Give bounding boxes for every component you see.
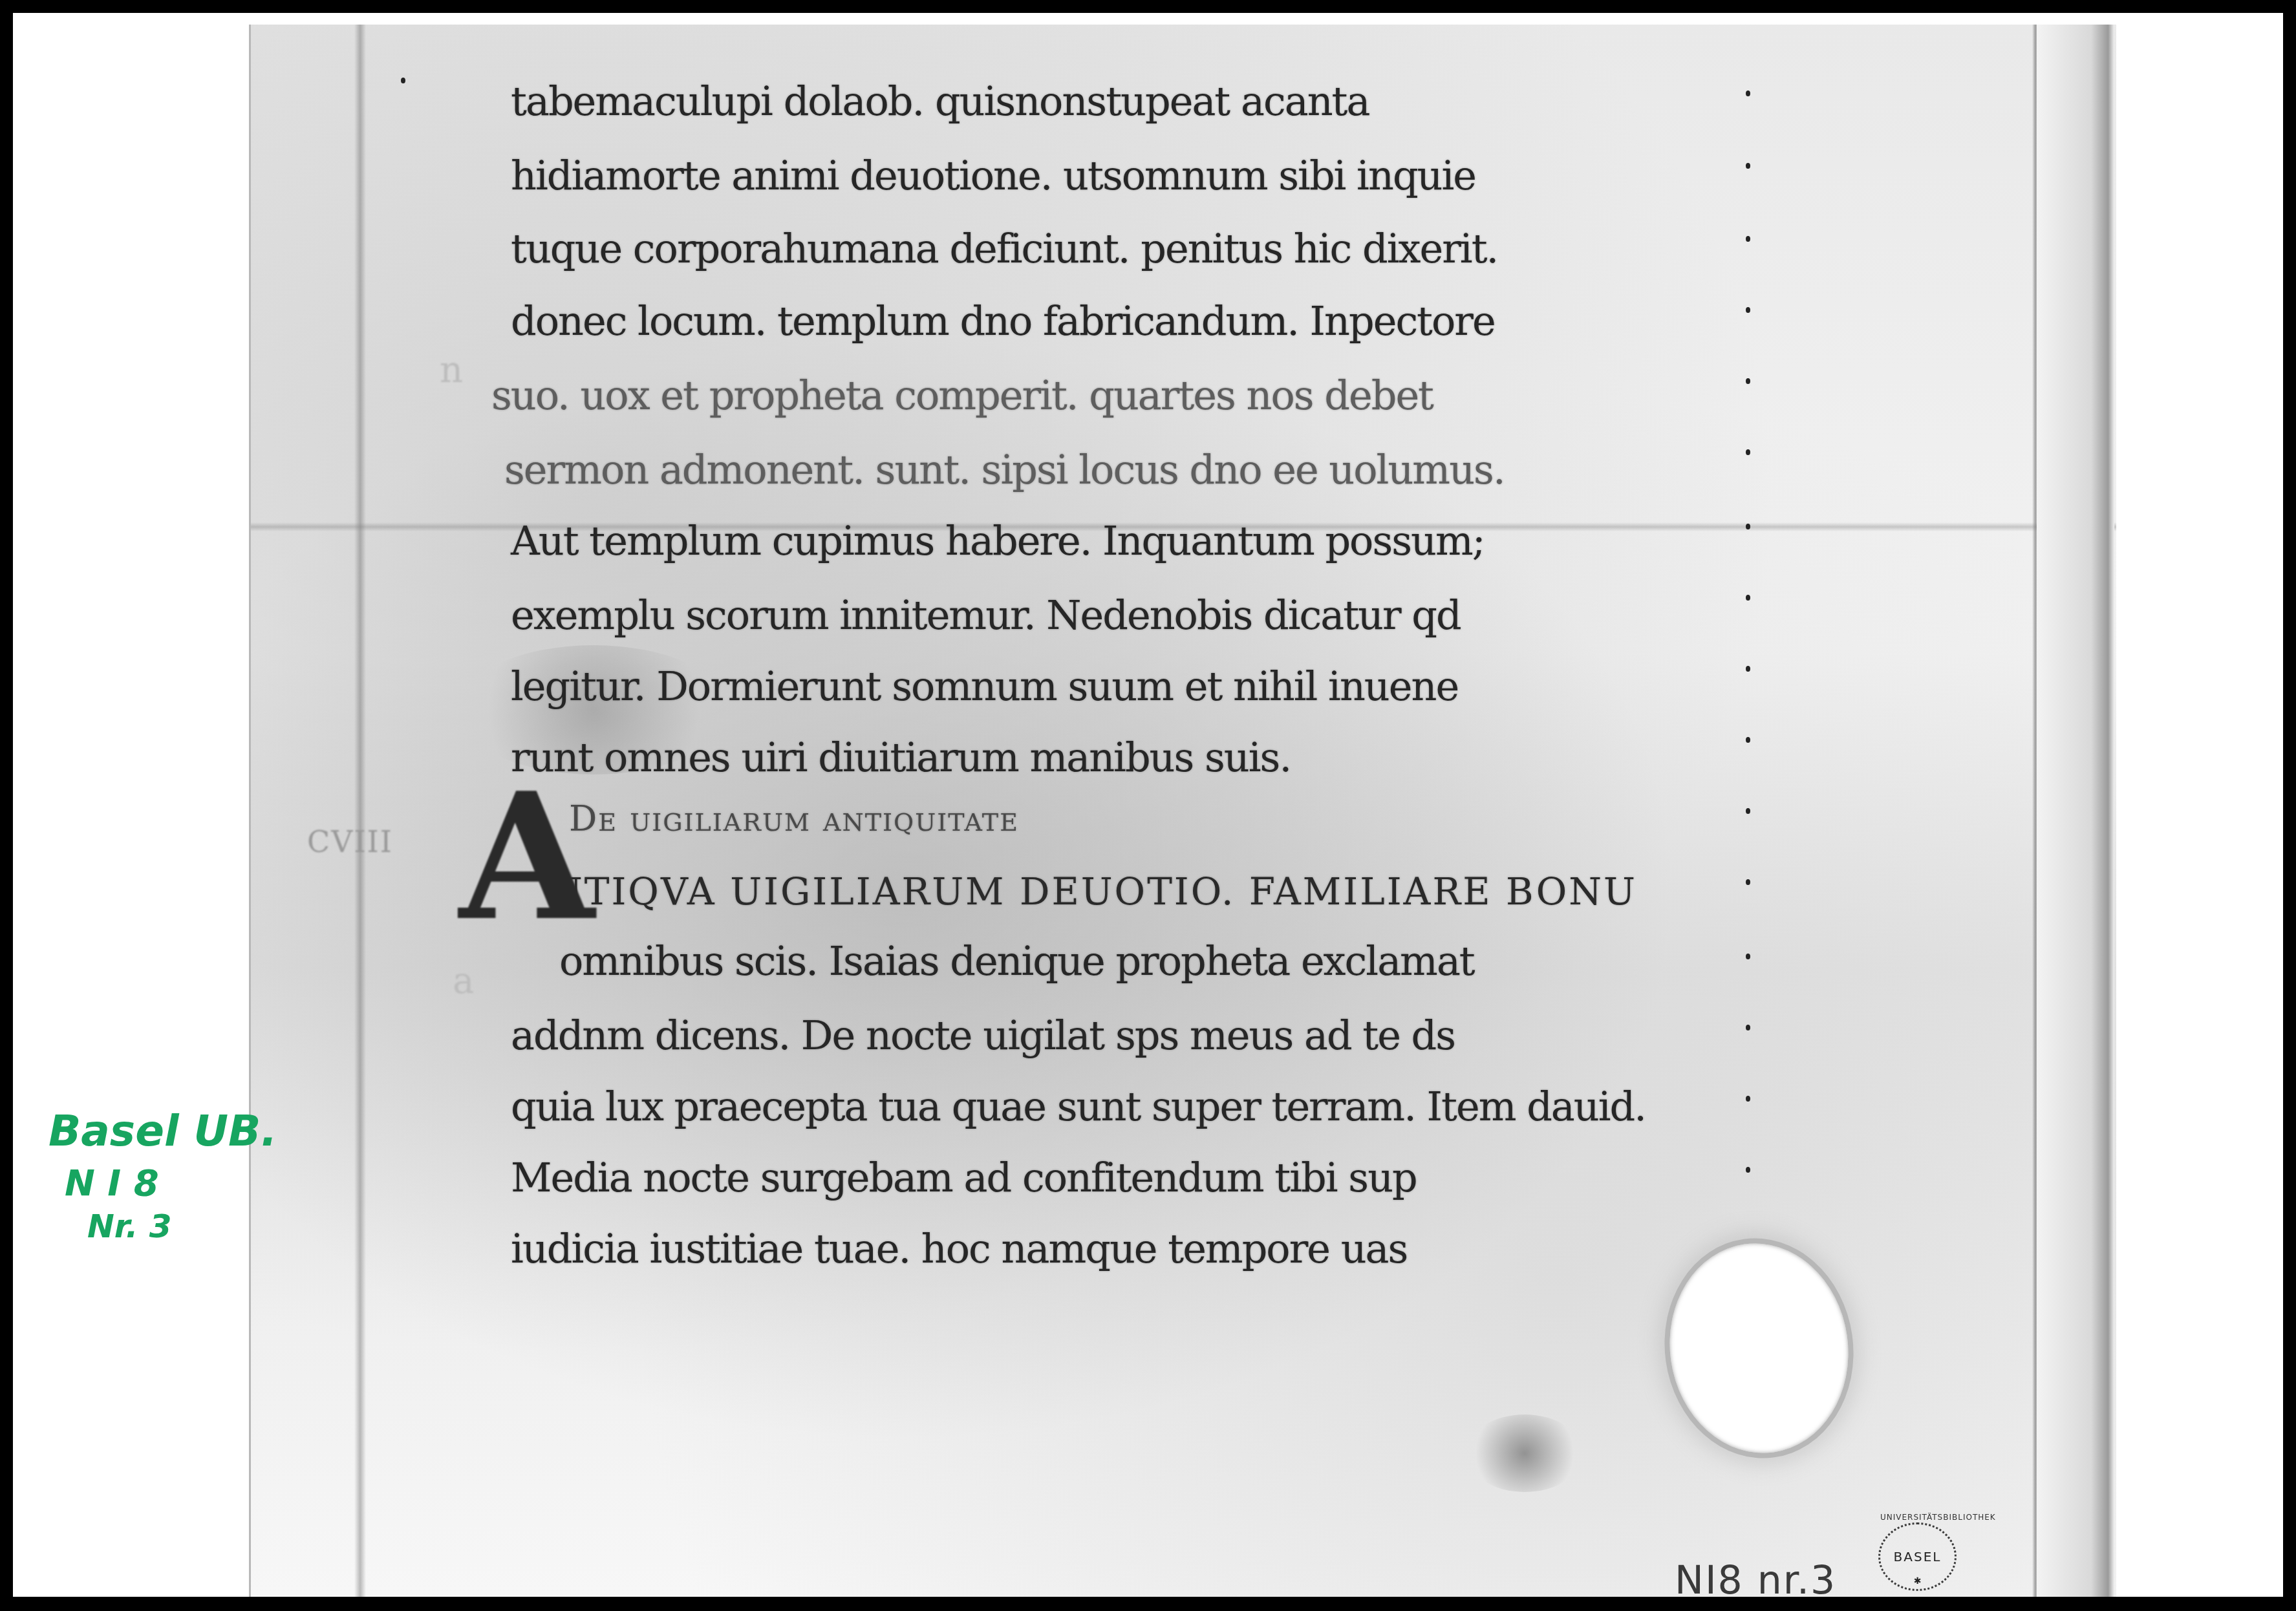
rubric-heading: De uigiliarum antiquitate xyxy=(569,798,1019,839)
manuscript-line: Media nocte surgebam ad confitendum tibi… xyxy=(511,1154,1417,1201)
pricking-marks xyxy=(1746,13,1759,1306)
manuscript-line: hidiamorte animi deuotione. utsomnum sib… xyxy=(511,152,1475,199)
manuscript-line: Aut templum cupimus habere. Inquantum po… xyxy=(511,517,1485,564)
manuscript-line: suo. uox et propheta comperit. quartes n… xyxy=(491,372,1433,419)
pricking-mark-left xyxy=(401,78,405,83)
stamp-center-text: BASEL xyxy=(1894,1549,1942,1564)
manuscript-line: runt omnes uiri diuitiarum manibus suis. xyxy=(511,734,1291,781)
star-icon: ✱ xyxy=(1914,1576,1922,1586)
leaf-fold-left xyxy=(354,25,366,1597)
manuscript-line: quia lux praecepta tua quae sunt super t… xyxy=(511,1083,1646,1130)
manuscript-line: legitur. Dormierunt somnum suum et nihil… xyxy=(511,663,1458,710)
shelfmark-note-green: Basel UB. N I 8 Nr. 3 xyxy=(48,1109,277,1244)
decorated-initial: A xyxy=(459,769,595,944)
manuscript-line: donec locum. templum dno fabricandum. In… xyxy=(511,297,1495,345)
manuscript-line: tuque corporahumana deficiunt. penitus h… xyxy=(511,225,1497,272)
note-number: Nr. 3 xyxy=(87,1210,277,1244)
note-library: Basel UB. xyxy=(48,1109,277,1153)
stamp-ring-text: UNIVERSITÄTSBIBLIOTHEK xyxy=(1880,1513,1955,1522)
manuscript-line: iudicia iustitiae tuae. hoc namque tempo… xyxy=(511,1225,1407,1272)
pencil-shelfmark: NI8 nr.3 xyxy=(1675,1558,1836,1597)
offset-text-ghost: n xyxy=(440,349,463,391)
library-stamp: UNIVERSITÄTSBIBLIOTHEK BASEL ✱ xyxy=(1878,1522,1957,1591)
manuscript-line: exemplu scorum innitemur. Nedenobis dica… xyxy=(511,592,1461,639)
display-capitals-line: NTIQVA UIGILIARUM DEUOTIO. FAMILIARE BON… xyxy=(550,870,1637,913)
right-margin-edge xyxy=(2037,25,2114,1597)
manuscript-line: sermon admonent. sunt. sipsi locus dno e… xyxy=(504,446,1505,493)
manuscript-line: omnibus scis. Isaias denique propheta ex… xyxy=(559,937,1474,985)
note-shelfmark: N I 8 xyxy=(65,1165,277,1203)
manuscript-line: tabemaculupi dolaob. quisnonstupeat acan… xyxy=(511,78,1369,125)
offset-text-ghost: a xyxy=(453,960,474,1002)
image-canvas: n a CVIII tabemaculupi dolaob. quisnonst… xyxy=(13,13,2283,1597)
stain xyxy=(1466,1414,1583,1492)
manuscript-line: addnm dicens. De nocte uigilat sps meus … xyxy=(511,1012,1455,1059)
margin-chapter-numeral: CVIII xyxy=(307,824,393,859)
